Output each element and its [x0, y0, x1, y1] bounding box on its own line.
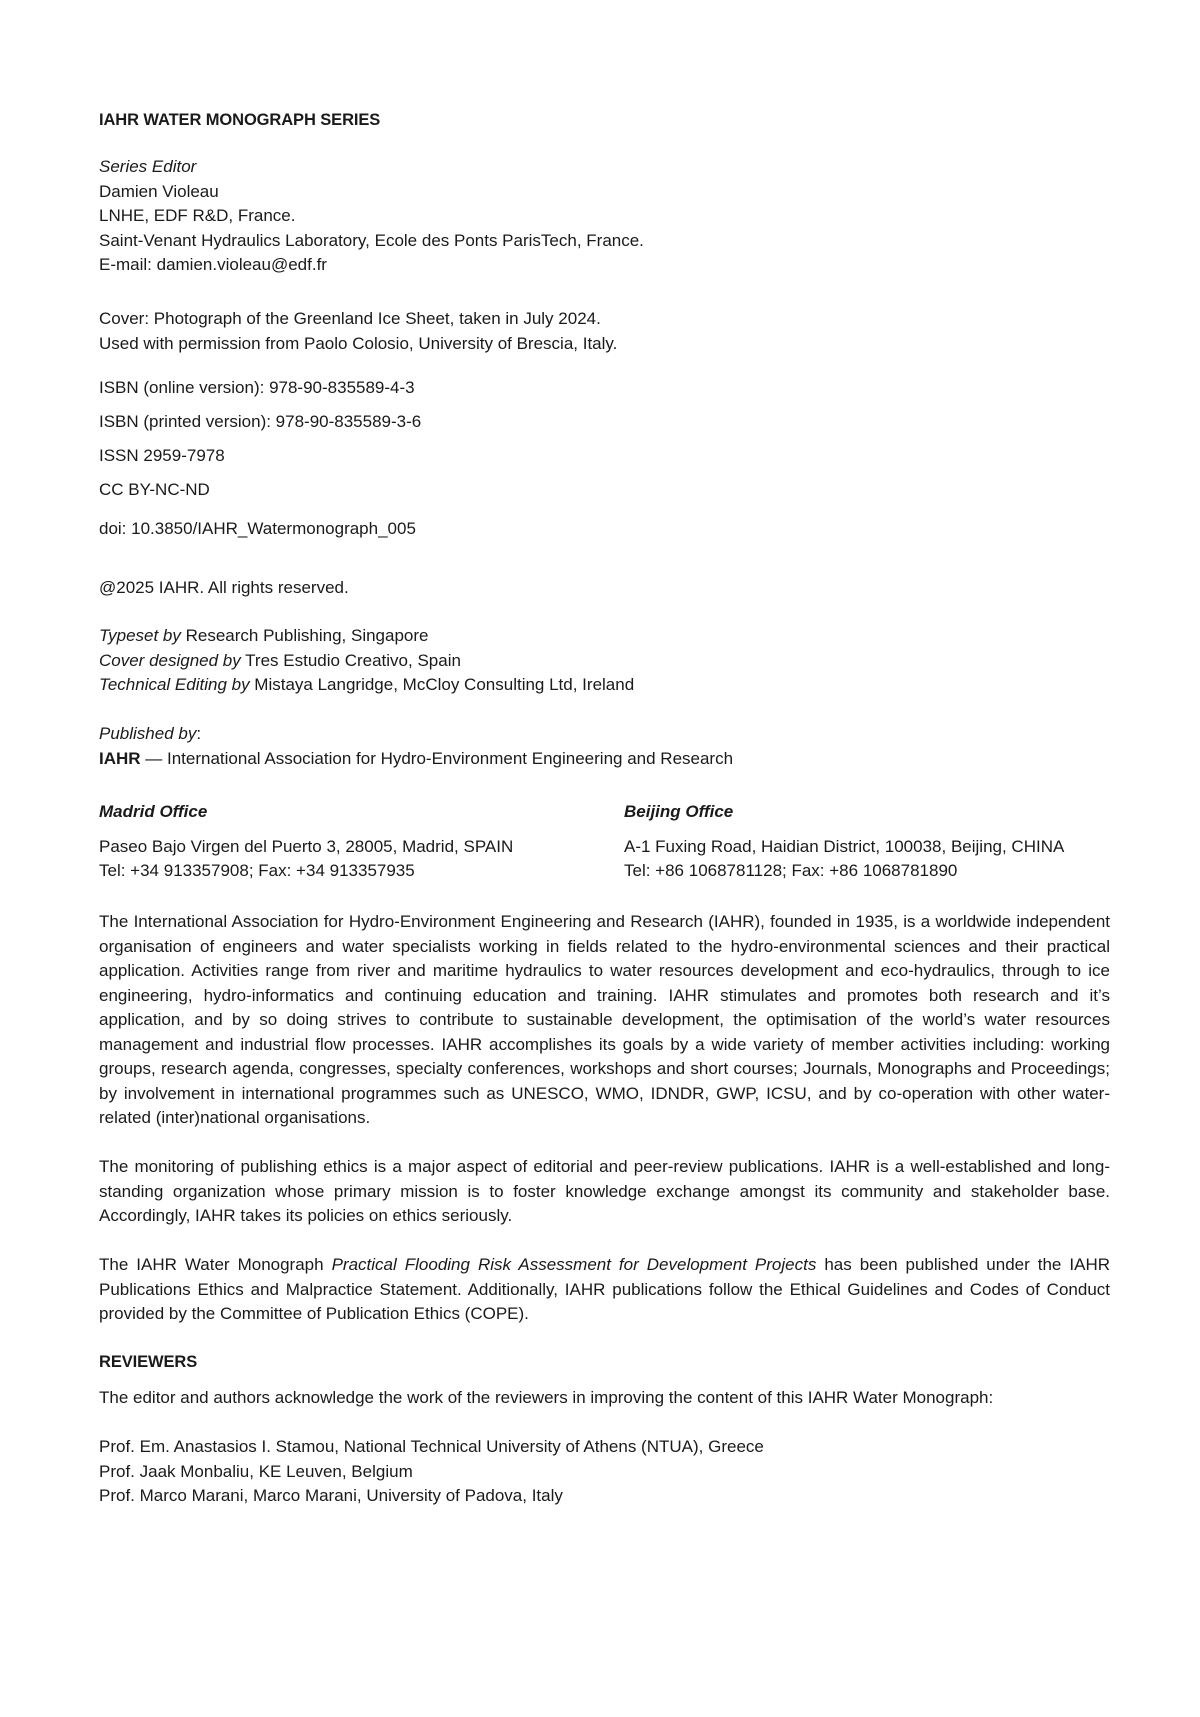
editor-name: Damien Violeau	[99, 180, 1110, 205]
office-contact: Tel: +86 1068781128; Fax: +86 1068781890	[624, 859, 1110, 884]
credit-typeset: Typeset by Research Publishing, Singapor…	[99, 624, 1110, 649]
madrid-office: Madrid Office Paseo Bajo Virgen del Puer…	[99, 800, 599, 884]
office-address: A-1 Fuxing Road, Haidian District, 10003…	[624, 835, 1110, 860]
reviewer-item: Prof. Jaak Monbaliu, KE Leuven, Belgium	[99, 1460, 1110, 1485]
copyright-notice: @2025 IAHR. All rights reserved.	[99, 576, 1110, 601]
series-title: IAHR WATER MONOGRAPH SERIES	[99, 108, 1110, 133]
about-iahr-paragraph: The International Association for Hydro-…	[99, 910, 1110, 1131]
editor-affiliation-2: Saint-Venant Hydraulics Laboratory, Ecol…	[99, 229, 1110, 254]
published-by-label: Published by	[99, 724, 196, 743]
office-address: Paseo Bajo Virgen del Puerto 3, 28005, M…	[99, 835, 599, 860]
cover-line-2: Used with permission from Paolo Colosio,…	[99, 332, 1110, 357]
beijing-office: Beijing Office A-1 Fuxing Road, Haidian …	[624, 800, 1110, 884]
publisher-name: — International Association for Hydro-En…	[141, 749, 734, 768]
doi: doi: 10.3850/IAHR_Watermonograph_005	[99, 517, 1110, 542]
reviewers-list: Prof. Em. Anastasios I. Stamou, National…	[99, 1435, 1110, 1509]
office-name: Madrid Office	[99, 800, 599, 825]
publisher-block: Published by: IAHR — International Assoc…	[99, 722, 1110, 771]
isbn-online: ISBN (online version): 978-90-835589-4-3	[99, 376, 1110, 401]
credit-cover-design: Cover designed by Tres Estudio Creativo,…	[99, 649, 1110, 674]
series-editor-label: Series Editor	[99, 155, 1110, 180]
cover-line-1: Cover: Photograph of the Greenland Ice S…	[99, 307, 1110, 332]
ethics-paragraph: The monitoring of publishing ethics is a…	[99, 1155, 1110, 1229]
reviewers-intro: The editor and authors acknowledge the w…	[99, 1386, 1110, 1411]
production-credits: Typeset by Research Publishing, Singapor…	[99, 624, 1110, 698]
credit-technical-editing: Technical Editing by Mistaya Langridge, …	[99, 673, 1110, 698]
reviewers-heading: REVIEWERS	[99, 1350, 1110, 1375]
series-editor-block: Series Editor Damien Violeau LNHE, EDF R…	[99, 155, 1110, 278]
issn: ISSN 2959-7978	[99, 444, 1110, 469]
editor-email: E-mail: damien.violeau@edf.fr	[99, 253, 1110, 278]
cover-credit: Cover: Photograph of the Greenland Ice S…	[99, 307, 1110, 356]
isbn-printed: ISBN (printed version): 978-90-835589-3-…	[99, 410, 1110, 435]
license: CC BY-NC-ND	[99, 478, 1110, 503]
publisher-abbr: IAHR	[99, 749, 141, 768]
monograph-title: Practical Flooding Risk Assessment for D…	[332, 1255, 817, 1274]
ethics-statement-paragraph: The IAHR Water Monograph Practical Flood…	[99, 1253, 1110, 1327]
office-name: Beijing Office	[624, 800, 1110, 825]
reviewer-item: Prof. Em. Anastasios I. Stamou, National…	[99, 1435, 1110, 1460]
reviewer-item: Prof. Marco Marani, Marco Marani, Univer…	[99, 1484, 1110, 1509]
office-contact: Tel: +34 913357908; Fax: +34 913357935	[99, 859, 599, 884]
editor-affiliation-1: LNHE, EDF R&D, France.	[99, 204, 1110, 229]
